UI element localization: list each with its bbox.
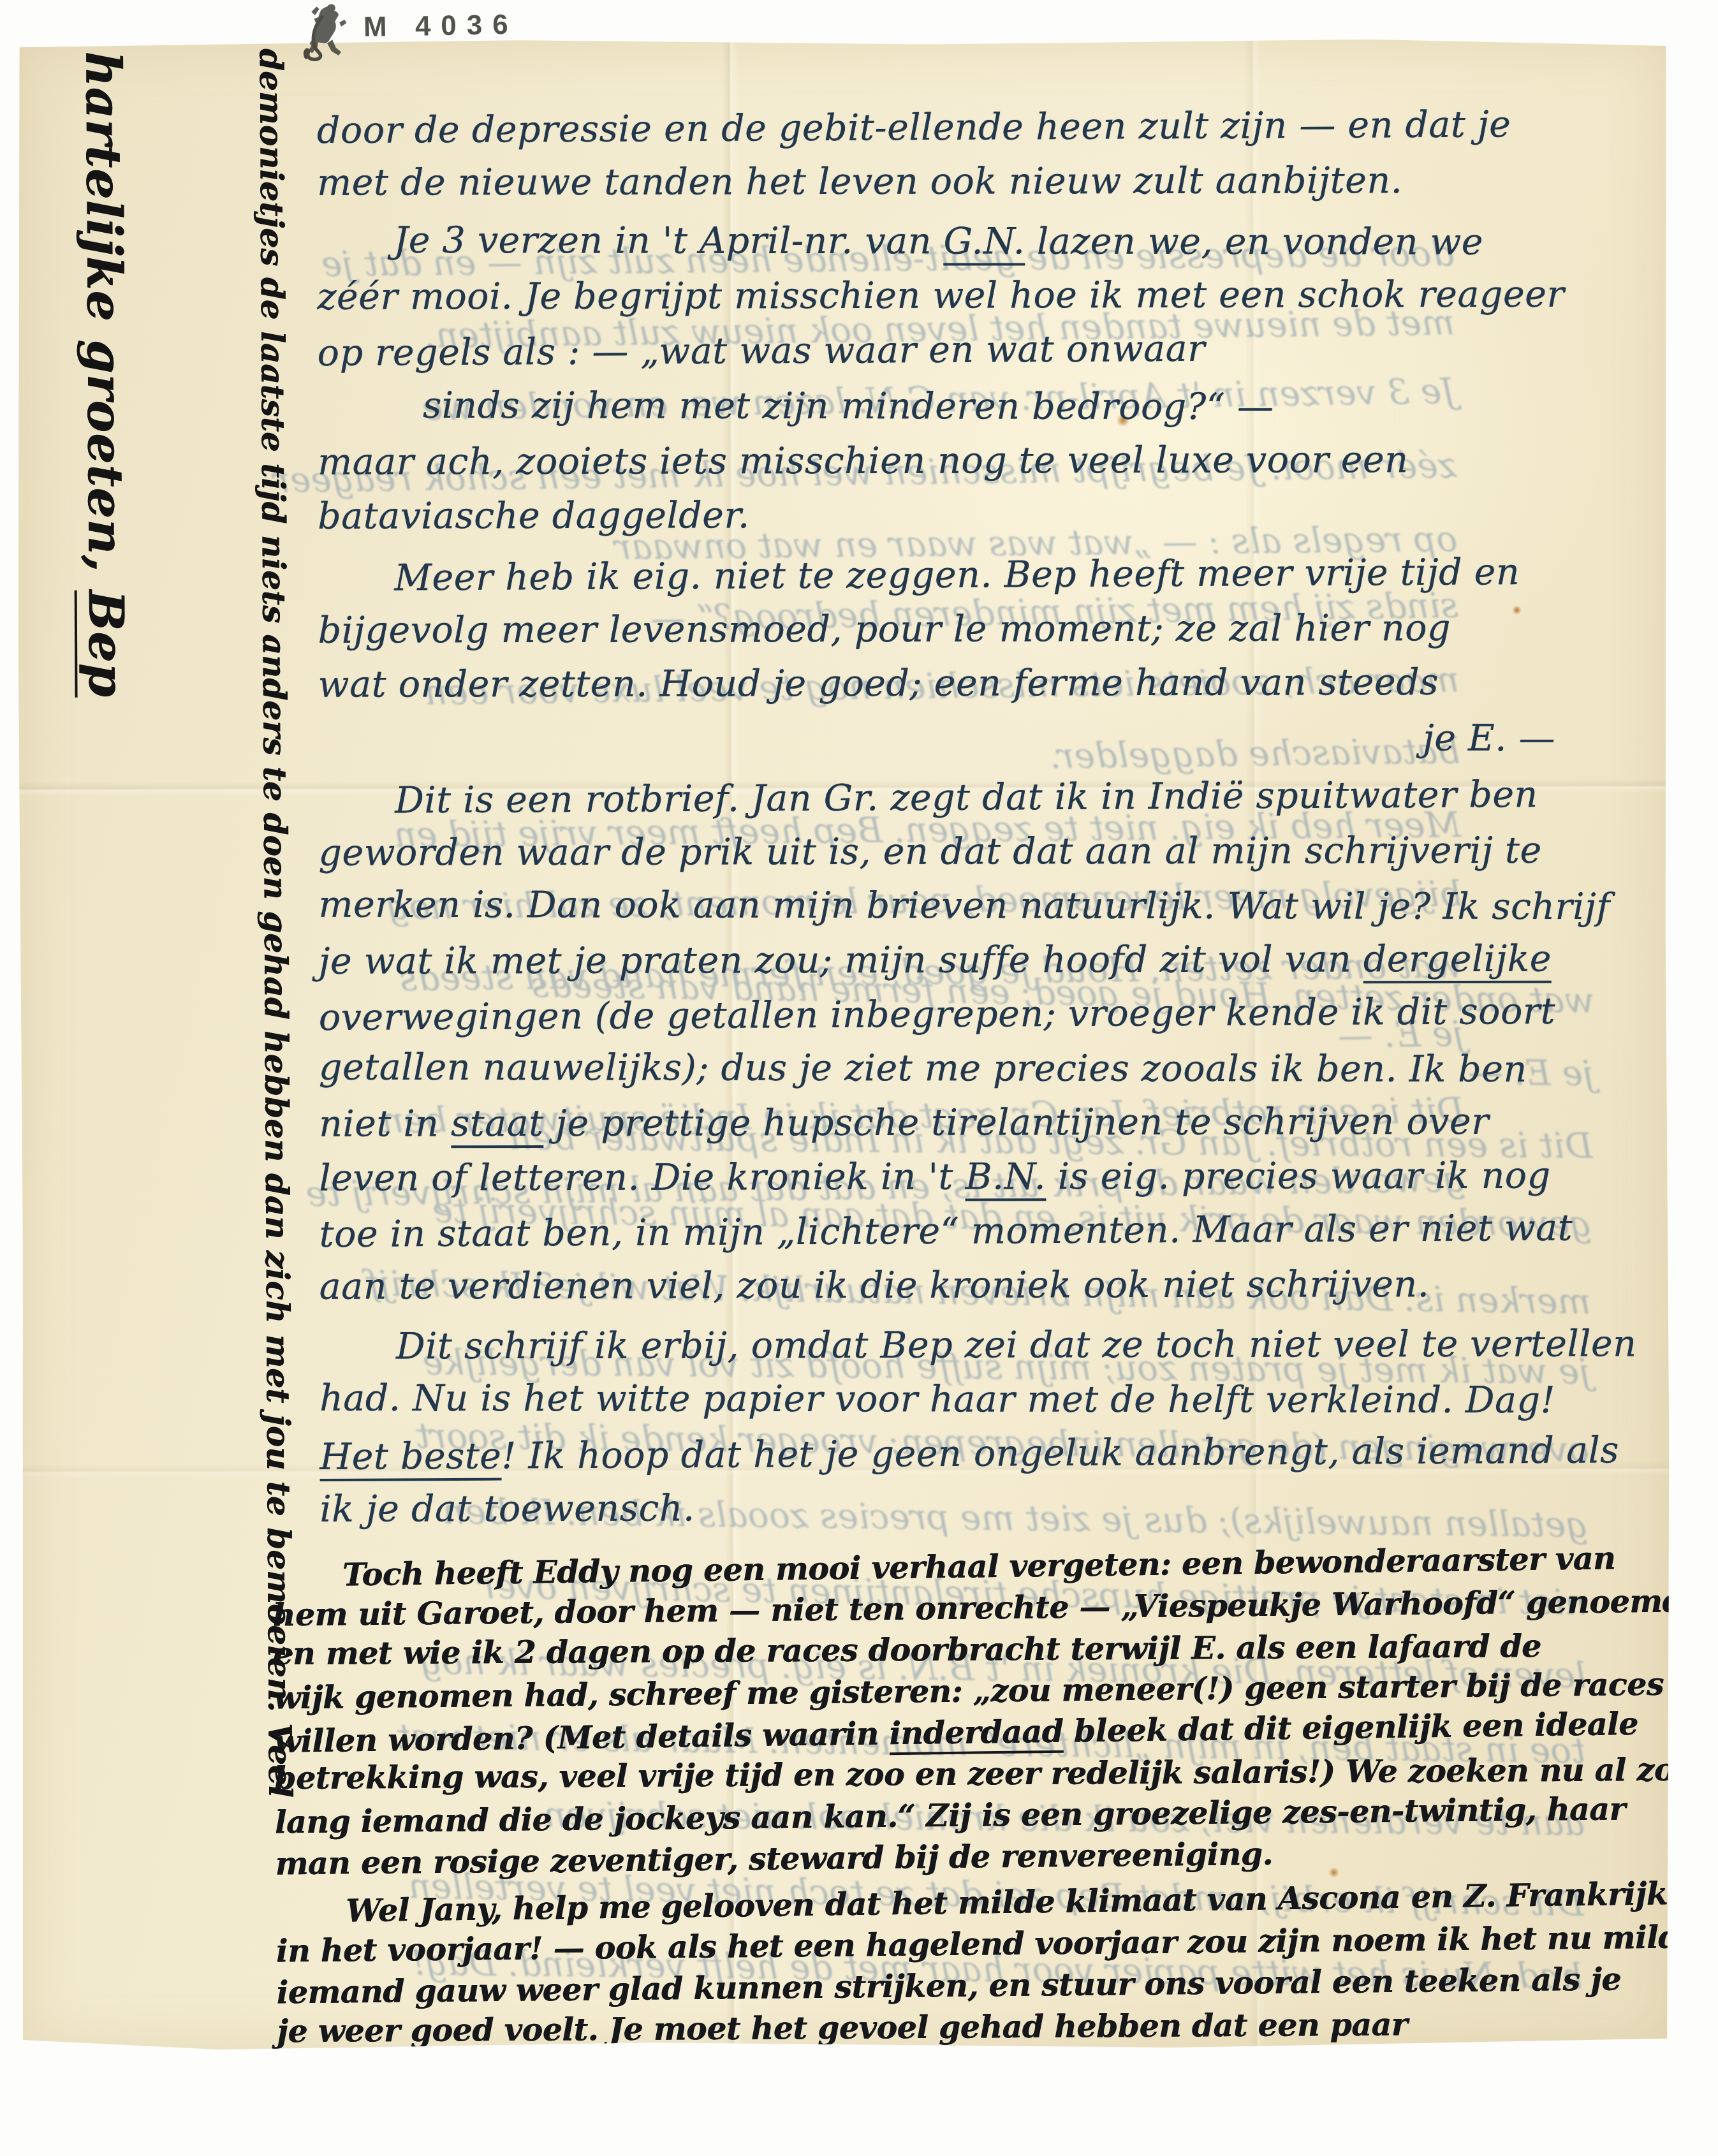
line-text: bataviasche daggelder. [318,494,749,537]
line-text: aan te verdienen viel, zou ik die kronie… [319,1263,1430,1308]
line-text: demonietjes de laatste tijd niets anders… [253,48,299,1798]
line-text: je prettige hupsche tirelantijnen te sch… [543,1101,1488,1145]
line-text: toe in staat ben, in mijn „lichtere“ mom… [319,1207,1573,1256]
line-text: had. Nu is het witte papier voor haar me… [319,1377,1555,1421]
letter-line: wat onder zetten. Houd je goed; een ferm… [318,655,1664,712]
letter-line: je wat ik met je praten zou; mijn suffe … [319,932,1664,988]
letter-line: Het beste! Ik hoop dat het je geen ongel… [319,1423,1665,1485]
letter-line: leven of letteren. Die kroniek in 't B.N… [319,1148,1664,1205]
line-text: Meer heb ik eig. niet te zeggen. Bep hee… [394,551,1520,599]
letter-line: toe in staat ben, in mijn „lichtere“ mom… [319,1201,1664,1262]
letter-line: geworden waar de prik uit is, en dat dat… [318,823,1664,880]
letter-line: zéér mooi. Je begrijpt misschien wel hoe… [317,267,1663,324]
letter-line: betrekking was, veel vrije tijd en zoo e… [274,1749,1668,1799]
underlined-word: B.N. [965,1155,1046,1201]
archive-stamp: M 4036 [300,1,518,65]
line-text: man een rosige zeventiger, steward bij d… [275,1835,1273,1882]
line-text: zéér mooi. Je begrijpt misschien wel hoe… [317,274,1564,318]
line-text: is eig. precies waar ik nog [1046,1155,1551,1198]
margin-note-continuation: demonietjes de laatste tijd niets anders… [255,48,296,1719]
letter-line: je E. — [318,710,1664,766]
letter-line: merken is. Dan ook aan mijn brieven natu… [318,878,1664,935]
underlined-word: Bep [75,590,135,698]
line-text: door de depressie en de gebit-ellende he… [317,103,1511,152]
letter-line: bijgevolg meer levensmoed, pour le momen… [318,601,1664,657]
letter-line: Dit schrijf ik erbij, omdat Bep zei dat … [319,1317,1665,1374]
line-text: met de nieuwe tanden het leven ook nieuw… [317,159,1402,204]
line-text: je wat ik met je praten zou; mijn suffe … [319,938,1363,982]
lion-emblem [300,1,355,62]
stamp-code: M 4036 [363,9,519,43]
letter-body-main: door de depressie en de gebit-ellende he… [317,99,1666,1536]
line-text: getallen nauwelijks); dus je ziet me pre… [319,1046,1527,1090]
line-text: betrekking was, veel vrije tijd en zoo e… [274,1751,1670,1797]
underlined-word: Het beste [319,1435,501,1481]
line-text: geworden waar de prik uit is, en dat dat… [318,830,1541,874]
letter-line: Je 3 verzen in 't April-nr. van G.N. laz… [317,214,1663,270]
scanned-letter-screenshot: { "stamp": { "icon": "lion-emblem", "cod… [0,0,1718,2156]
letter-page: door de depressie en de gebit-ellende he… [17,38,1671,2050]
letter-line: door de depressie en de gebit-ellende he… [317,97,1663,158]
letter-line: niet in staat je prettige hupsche tirela… [319,1094,1664,1151]
underlined-word: G.N. [943,220,1025,265]
letter-line: maar ach, zooiets iets misschien nog te … [318,432,1663,489]
letter-line: aan te verdienen viel, zou ik die kronie… [319,1257,1665,1314]
line-text: willen worden? (Met details waarin [274,1715,889,1760]
letter-line: je weer goed voelt. Je moet het gevoel g… [277,2002,1670,2050]
letter-line: met de nieuwe tanden het leven ook nieuw… [317,153,1663,210]
underlined-word: staat [451,1103,544,1148]
line-text: lazen we, en vonden we [1025,221,1483,263]
line-text: ! Ik hoop dat het je geen ongeluk aanbre… [501,1429,1619,1477]
letter-line: hartelijke groeten, Bep [75,51,136,1059]
letter-line: en met wie ik 2 dagen op de races doorbr… [273,1625,1666,1675]
line-text: Dit schrijf ik erbij, omdat Bep zei dat … [396,1323,1637,1367]
letter-line: bataviasche daggelder. [318,487,1663,543]
letter-line: Dit is een rotbrief. Jan Gr. zegt dat ik… [318,767,1664,828]
underlined-word: inderdaad [889,1713,1064,1756]
letter-line: Meer heb ik eig. niet te zeggen. Bep hee… [318,545,1663,606]
line-text: je E. — [1423,717,1555,759]
letter-line: had. Nu is het witte papier voor haar me… [319,1372,1665,1428]
line-text: overwegingen (de getallen inbegrepen; vr… [319,990,1555,1039]
letter-body-postscript: Toch heeft Eddy nog een mooi verhaal ver… [272,1535,1671,2050]
letter-line: op regels als : — „wat was waar en wat o… [318,319,1663,381]
line-text: Dit is een rotbrief. Jan Gr. zegt dat ik… [395,774,1538,821]
margin-note-signature: hartelijke groeten, Bep [77,51,135,1059]
line-text: sinds zij hem met zijn minderen bedroog?… [423,385,1274,428]
line-text: je weer goed voelt. Je moet het gevoel g… [277,2006,1407,2050]
line-text: merken is. Dan ook aan mijn brieven natu… [318,884,1610,928]
line-text: bijgevolg meer levensmoed, pour le momen… [318,607,1451,652]
line-text: niet in [319,1103,451,1145]
letter-line: sinds zij hem met zijn minderen bedroog?… [318,379,1663,436]
line-text: wat onder zetten. Houd je goed; een ferm… [318,661,1439,706]
letter-line: overwegingen (de getallen inbegrepen; vr… [319,984,1664,1045]
letter-line: demonietjes de laatste tijd niets anders… [253,48,299,1719]
underlined-word: dergelijke [1363,938,1552,984]
line-text: ik je dat toewensch. [319,1487,694,1530]
letter-line: getallen nauwelijks); dus je ziet me pre… [319,1041,1664,1097]
letter-line: ik je dat toewensch. [319,1479,1665,1536]
line-text: maar ach, zooiets iets misschien nog te … [318,439,1408,483]
line-text: hartelijke groeten, [75,51,134,590]
line-text: op regels als : — „wat was waar en wat o… [318,328,1206,374]
line-text: leven of letteren. Die kroniek in 't [319,1156,965,1199]
line-text: bleek dat dit eigenlijk een ideale [1063,1705,1638,1750]
line-text: Je 3 verzen in 't April-nr. van [393,219,943,263]
line-text: en met wie ik 2 dagen op de races doorbr… [273,1627,1541,1672]
